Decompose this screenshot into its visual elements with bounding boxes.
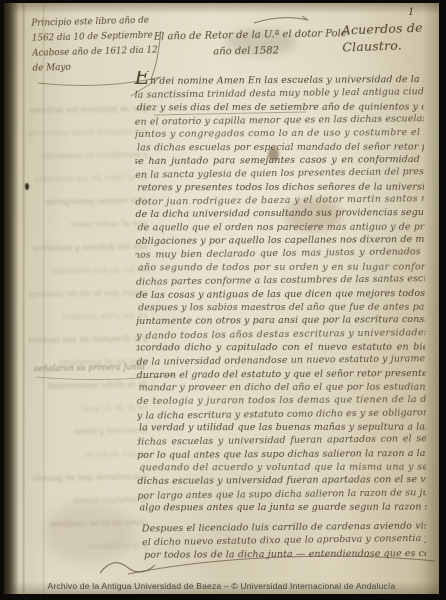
bleedthrough-line: en el libro de los acuerdos (36, 167, 148, 192)
body-text-line: mandar y proveer en dicho del año el que… (139, 381, 426, 395)
bleedthrough-line: que el señor retor (28, 213, 148, 238)
body-text-line: duraron el grado del estatuto y que el s… (137, 367, 426, 382)
bleedthrough-line: el estatuto nuevo (28, 489, 148, 514)
book-gutter (4, 3, 19, 594)
body-text-line: juntos y congregados como lo an de uso y… (135, 126, 424, 141)
archive-caption: Archivo de la Antigua Universidad de Bae… (4, 581, 439, 591)
entry-title-year: año del 1582 (154, 44, 338, 58)
bleedthrough-line: con los dotores y maestros (28, 236, 148, 261)
bleedthrough-line: del claustro desta universidad (36, 121, 148, 146)
bleedthrough-line: en los años pasados (36, 305, 148, 330)
photo-frame: que se juntaron los señoresdel claustro … (0, 0, 446, 600)
closing-line: por todos los de la dicha junta — entend… (144, 547, 426, 562)
page-number: 1 (408, 7, 414, 18)
bleedthrough-text: que se juntaron los señoresdel claustro … (28, 99, 148, 561)
page-crease (23, 3, 25, 594)
body-text: En dei nomine Amen En las escuelas y uni… (134, 69, 426, 515)
body-text-line: por lo qual antes que las supo dichas sa… (137, 447, 426, 462)
body-text-line: quedando del acuerdo y voluntad que la m… (139, 461, 426, 475)
bleedthrough-line: ansi mesmo proveyeron (28, 190, 148, 215)
entry-title: El año de Retor de la U.ª el dotor Pole … (154, 28, 338, 58)
section-heading: Acuerdos de Claustro. (341, 18, 434, 55)
bleedthrough-line: y lo firmaron de sus nombres (28, 328, 148, 353)
body-text-line: las dichas escuelas por especial mandado… (137, 140, 424, 154)
bleedthrough-line: lo escrevi y firme (28, 420, 148, 445)
closing-paragraph: Despues el licenciado luis carrillo de c… (142, 520, 426, 563)
bleedthrough-line: y acordaron que se guarde (28, 466, 148, 491)
body-text-line: algo despues antes que la junta se guard… (139, 501, 426, 515)
bleedthrough-line: segun que lo an de costumbre (28, 282, 148, 307)
bleedthrough-line: que se juntaron los señores (28, 99, 148, 123)
bleedthrough-line: y lo señalaron (36, 535, 148, 560)
bleedthrough-line: de las dichas escuelas (36, 259, 148, 284)
bleedthrough-line: y acordaron lo contenido (28, 144, 148, 169)
bleedthrough-line: de la dicha universidad (28, 374, 148, 399)
bleedthrough-line: en fe de lo qual (36, 397, 148, 422)
body-text-line: de aquello que el orden nos pareciere ma… (138, 220, 425, 234)
body-text-line: despues y los sabios maestros del año qu… (138, 300, 425, 314)
body-text-line: de las cosas y antiguas de las que dicen… (136, 286, 425, 301)
entry-title-line: El año de Retor de la U.ª el dotor Pole (154, 28, 338, 42)
body-text-line: de la dicha universidad consultando sus … (135, 206, 424, 221)
section-heading-line: Acuerdos de (341, 18, 434, 38)
manuscript-page: que se juntaron los señoresdel claustro … (4, 3, 439, 594)
section-heading-line: Claustro. (342, 35, 435, 55)
bleedthrough-line: segun dicho es (36, 443, 148, 468)
bleedthrough-line: como en el se contiene (28, 512, 148, 537)
marginal-note: Principio este libro año de1562 dia 10 d… (31, 13, 167, 76)
